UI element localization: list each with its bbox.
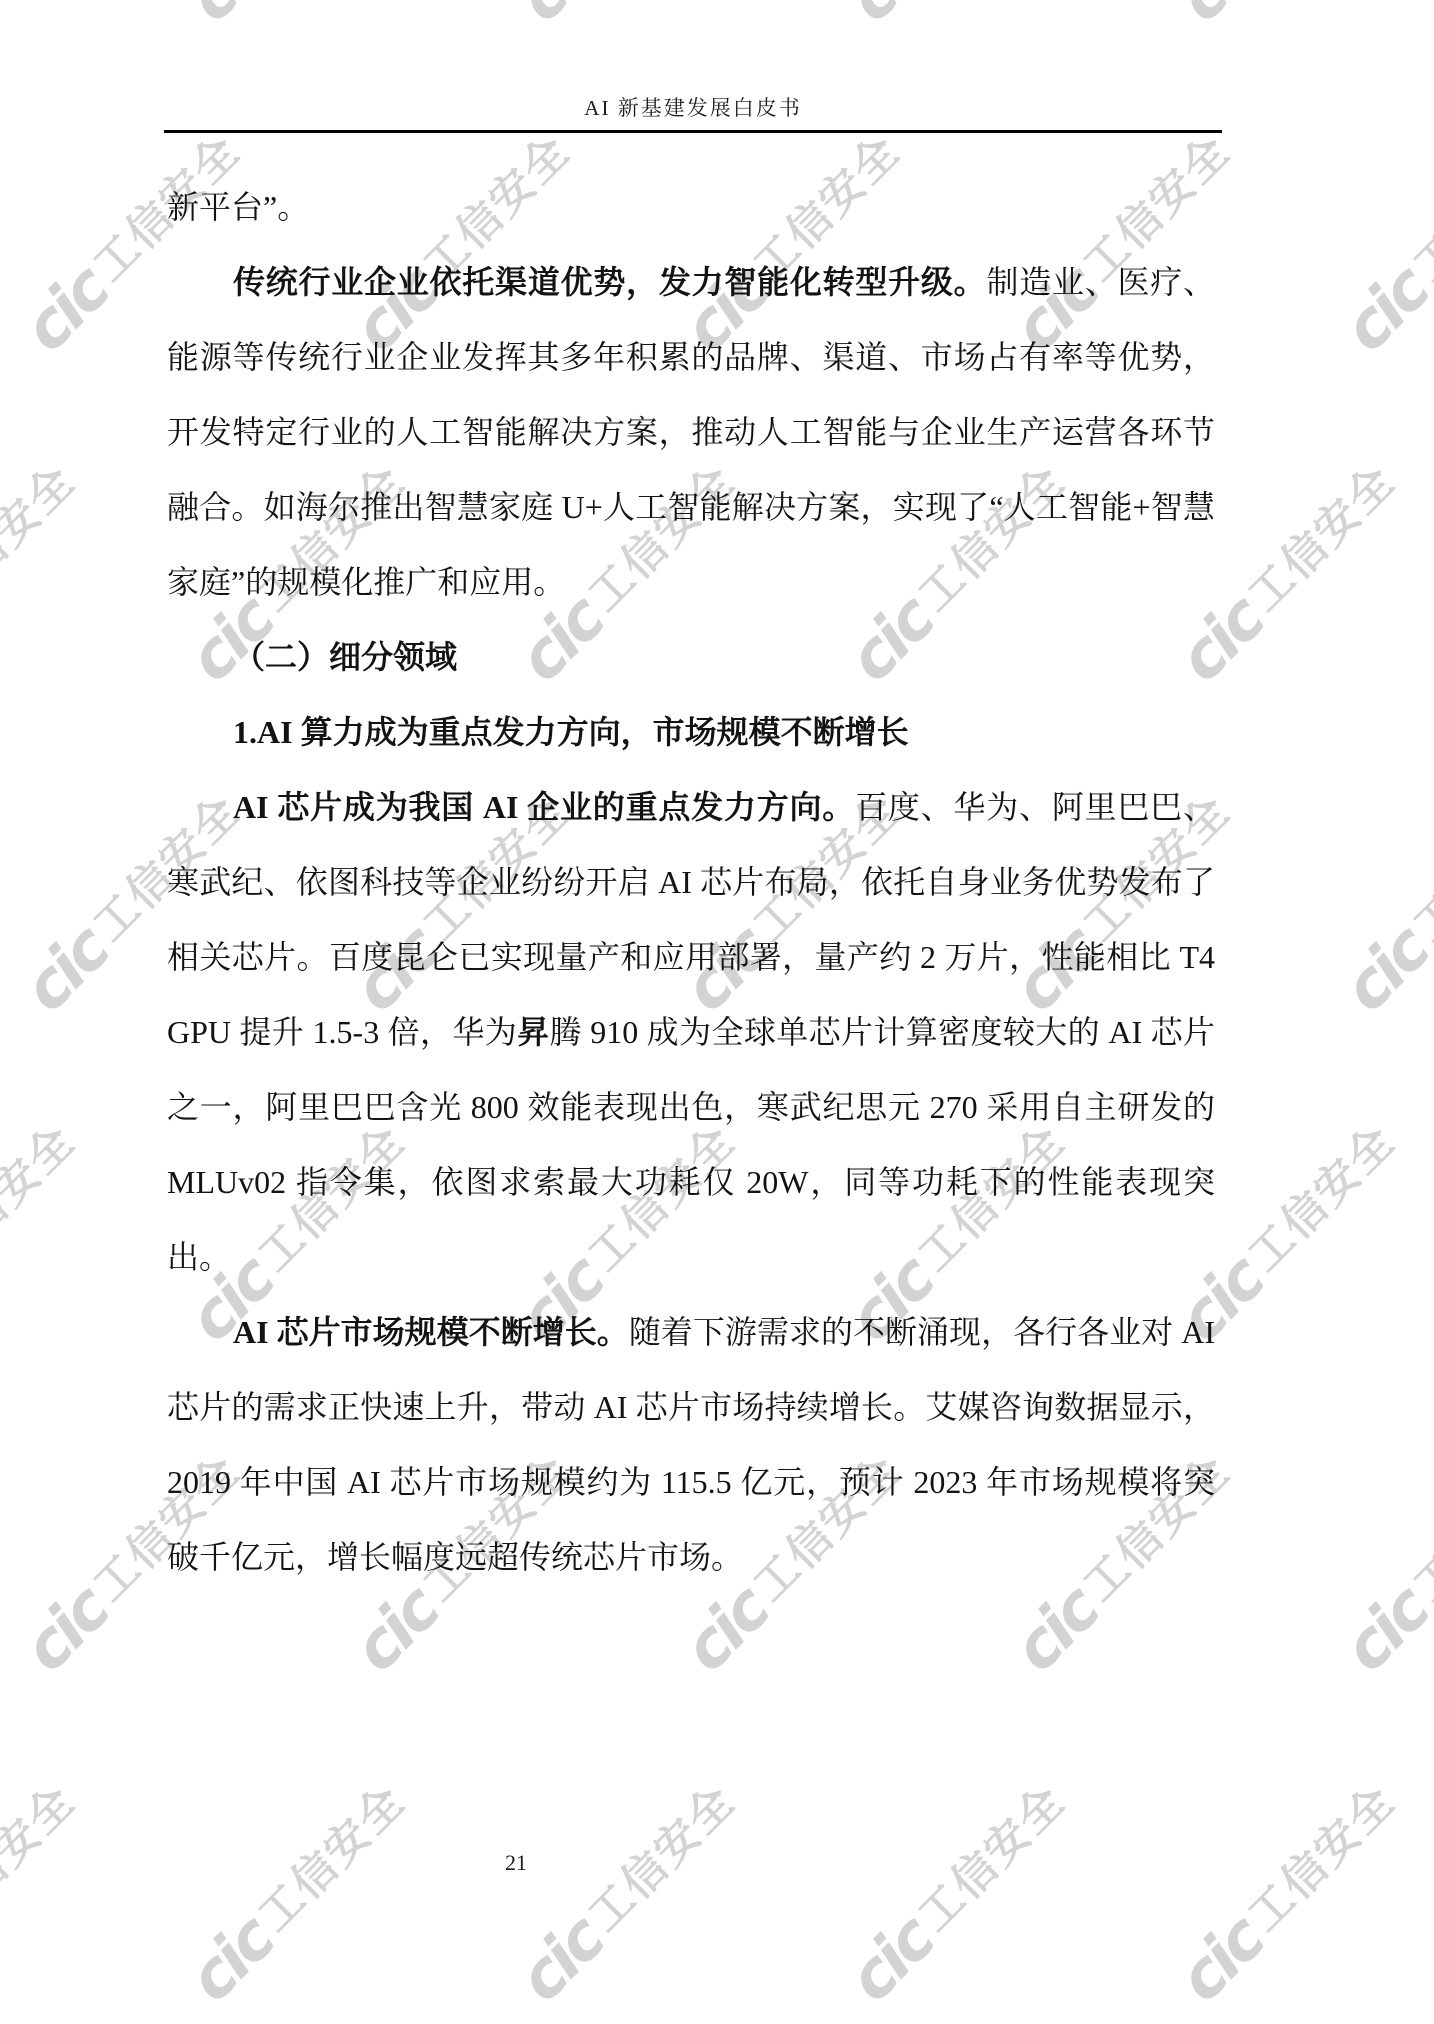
watermark-cic-logo: cic工信安全 [1333,1441,1434,1683]
watermark-logo-text: cic [838,1907,944,2013]
paragraph: 新平台”。 [167,170,1215,245]
page-number: 21 [505,1850,527,1875]
watermark-logo-text: cic [1333,917,1434,1023]
watermark-logo-text: cic [13,257,119,363]
watermark-label-text: 工信安全 [0,1778,83,1939]
watermark-label-text: 工信安全 [1406,1448,1434,1609]
watermark-logo-text: cic [508,1907,614,2013]
watermark-cic-logo: cic工信安全 [0,451,90,693]
watermark-cic-logo: cic工信安全 [0,1771,90,2013]
page-footer: 21 [505,1850,527,1876]
text-segment: 随着下游需求的不断涌现，各行各业对 AI 芯片的需求正快速上升，带动 AI 芯片… [167,1314,1215,1575]
watermark-label-text: 工信安全 [911,1778,1072,1939]
watermark-cic-logo: cic工信安全 [1333,121,1434,363]
watermark-cic-logo: cic工信安全 [1168,0,1410,33]
text-segment-bold: （二）细分领域 [233,639,457,675]
watermark-label-text: 工信安全 [0,458,83,619]
section-heading: （二）细分领域 [167,620,1215,695]
watermark-logo-text: cic [13,917,119,1023]
watermark-label-text: 工信安全 [1241,1118,1402,1279]
watermark-cic-logo: cic工信安全 [838,1771,1080,2013]
text-segment-bold: AI 芯片市场规模不断增长。 [233,1314,629,1350]
text-segment-bold: 传统行业企业依托渠道优势，发力智能化转型升级。 [233,264,986,300]
document-body: 新平台”。传统行业企业依托渠道优势，发力智能化转型升级。制造业、医疗、能源等传统… [167,170,1215,1595]
watermark-cic-logo: cic工信安全 [838,0,1080,33]
watermark-cic-logo: cic工信安全 [0,1111,90,1353]
text-segment: 新平台”。 [167,189,309,225]
paragraph: 传统行业企业依托渠道优势，发力智能化转型升级。制造业、医疗、能源等传统行业企业发… [167,245,1215,620]
watermark-logo-text: cic [1168,0,1274,33]
text-segment: 制造业、医疗、能源等传统行业企业发挥其多年积累的品牌、渠道、市场占有率等优势，开… [167,264,1215,600]
text-segment: 腾 910 成为全球单芯片计算密度较大的 AI 芯片之一，阿里巴巴含光 800 … [167,1014,1215,1275]
watermark-logo-text: cic [1333,1577,1434,1683]
watermark-label-text: 工信安全 [1406,788,1434,949]
watermark-cic-logo: cic工信安全 [178,0,420,33]
paragraph: AI 芯片成为我国 AI 企业的重点发力方向。百度、华为、阿里巴巴、寒武纪、依图… [167,770,1215,1295]
watermark-cic-logo: cic工信安全 [508,0,750,33]
header-title: AI 新基建发展白皮书 [166,92,1220,122]
watermark-logo-text: cic [1333,257,1434,363]
watermark-logo-text: cic [1168,1907,1274,2013]
text-segment-bold: 昇 [517,1014,549,1050]
watermark-cic-logo: cic工信安全 [1168,1771,1410,2013]
text-segment: 百度、华为、阿里巴巴、寒武纪、依图科技等企业纷纷开启 AI 芯片布局，依托自身业… [167,789,1215,1050]
watermark-label-text: 工信安全 [1241,1778,1402,1939]
watermark-label-text: 工信安全 [581,1778,742,1939]
watermark-cic-logo: cic工信安全 [1333,781,1434,1023]
watermark-label-text: 工信安全 [0,1118,83,1279]
section-heading: 1.AI 算力成为重点发力方向，市场规模不断增长 [167,695,1215,770]
watermark-cic-logo: cic工信安全 [0,0,90,33]
text-segment-bold: AI 芯片成为我国 AI 企业的重点发力方向。 [233,789,855,825]
watermark-logo-text: cic [178,1907,284,2013]
watermark-logo-text: cic [13,1577,119,1683]
watermark-logo-text: cic [838,0,944,33]
watermark-label-text: 工信安全 [1406,128,1434,289]
watermark-label-text: 工信安全 [251,1778,412,1939]
watermark-label-text: 工信安全 [1241,458,1402,619]
text-segment-bold: 1.AI 算力成为重点发力方向，市场规模不断增长 [233,714,909,750]
header-rule [164,130,1222,133]
watermark-logo-text: cic [178,0,284,33]
watermark-cic-logo: cic工信安全 [508,1771,750,2013]
watermark-cic-logo: cic工信安全 [178,1771,420,2013]
paragraph: AI 芯片市场规模不断增长。随着下游需求的不断涌现，各行各业对 AI 芯片的需求… [167,1295,1215,1595]
watermark-logo-text: cic [508,0,614,33]
document-page: cic工信安全cic工信安全cic工信安全cic工信安全cic工信安全cic工信… [0,0,1434,2024]
